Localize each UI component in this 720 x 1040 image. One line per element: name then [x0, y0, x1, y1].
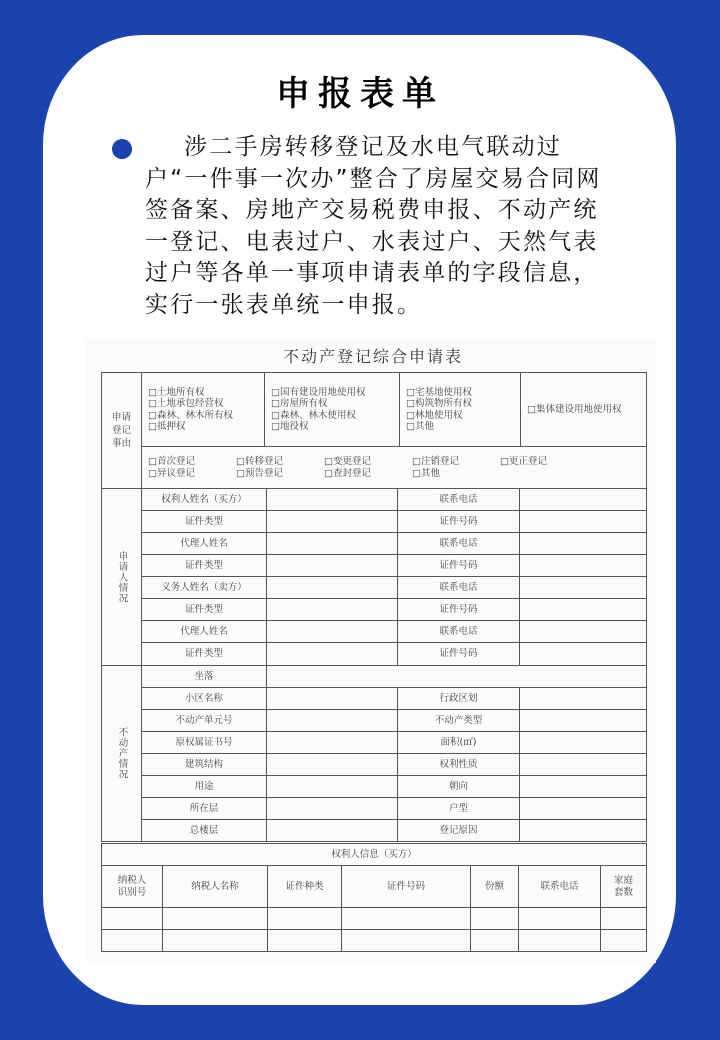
field-input[interactable]: [520, 754, 647, 776]
table-cell[interactable]: [342, 930, 471, 952]
rights-options-col-3: □宅基地使用权 □构筑物所有权 □林地使用权 □其他: [400, 373, 521, 447]
field-input[interactable]: [520, 798, 647, 820]
option-checkbox[interactable]: □森林、林木使用权: [271, 410, 399, 422]
field-label: 代理人姓名: [142, 533, 267, 555]
applicant-section-label: 申请人情况: [102, 489, 142, 666]
column-header-taxpayer-name: 纳税人名称: [163, 866, 268, 908]
field-label: 面积(㎡): [398, 732, 520, 754]
field-input[interactable]: [520, 688, 647, 710]
table-cell[interactable]: [163, 908, 268, 930]
field-label: 总楼层: [142, 820, 267, 842]
field-label: 证件号码: [398, 643, 520, 666]
description-paragraph: 涉二手房转移登记及水电气联动过户“一件事一次办”整合了房屋交易合同网签备案、房地…: [145, 132, 615, 321]
rights-holder-title: 权利人信息（买方）: [102, 844, 647, 866]
field-input[interactable]: [520, 732, 647, 754]
option-checkbox[interactable]: □预告登记: [236, 468, 324, 480]
table-cell[interactable]: [268, 930, 342, 952]
field-input[interactable]: [520, 621, 647, 643]
field-input[interactable]: [267, 732, 398, 754]
option-checkbox[interactable]: □其他: [412, 468, 500, 480]
field-input[interactable]: [267, 688, 398, 710]
column-header-share: 份额: [471, 866, 519, 908]
field-input[interactable]: [267, 754, 398, 776]
table-cell[interactable]: [471, 908, 519, 930]
field-input[interactable]: [520, 489, 647, 511]
field-input[interactable]: [520, 555, 647, 577]
page-title: 申报表单: [0, 73, 720, 115]
field-input[interactable]: [267, 555, 398, 577]
field-label: 户型: [398, 798, 520, 820]
field-input[interactable]: [267, 489, 398, 511]
option-checkbox[interactable]: □查封登记: [324, 468, 412, 480]
option-checkbox[interactable]: □宅基地使用权: [406, 387, 520, 399]
field-input[interactable]: [520, 533, 647, 555]
option-checkbox[interactable]: □其他: [406, 421, 520, 433]
field-input[interactable]: [267, 798, 398, 820]
option-checkbox[interactable]: □首次登记: [148, 456, 236, 468]
option-checkbox[interactable]: □集体建设用地使用权: [527, 404, 646, 416]
field-input[interactable]: [520, 511, 647, 533]
rights-options-col-1: □土地所有权 □土地承包经营权 □森林、林木所有权 □抵押权: [142, 373, 265, 447]
column-header-id-number: 证件号码: [342, 866, 471, 908]
option-checkbox[interactable]: □林地使用权: [406, 410, 520, 422]
table-cell[interactable]: [102, 930, 163, 952]
field-label: 行政区划: [398, 688, 520, 710]
field-label: 证件类型: [142, 599, 267, 621]
field-label: 所在层: [142, 798, 267, 820]
field-label: 证件类型: [142, 511, 267, 533]
rights-options-col-2: □国有建设用地使用权 □房屋所有权 □森林、林木使用权 □地役权: [265, 373, 400, 447]
option-checkbox[interactable]: □土地承包经营权: [148, 398, 264, 410]
column-header-household-count: 家庭套数: [601, 866, 647, 908]
field-label: 小区名称: [142, 688, 267, 710]
field-input[interactable]: [267, 820, 398, 842]
table-cell[interactable]: [471, 930, 519, 952]
field-input[interactable]: [520, 643, 647, 666]
table-cell[interactable]: [519, 908, 601, 930]
field-label: 证件号码: [398, 511, 520, 533]
field-label: 坐落: [142, 666, 267, 688]
option-checkbox[interactable]: □转移登记: [236, 456, 324, 468]
field-input[interactable]: [267, 533, 398, 555]
column-header-taxpayer-id: 纳税人识别号: [102, 866, 163, 908]
field-input[interactable]: [520, 710, 647, 732]
field-label: 义务人姓名（卖方）: [142, 577, 267, 599]
table-cell[interactable]: [342, 908, 471, 930]
option-checkbox[interactable]: □土地所有权: [148, 387, 264, 399]
field-label: 代理人姓名: [142, 621, 267, 643]
field-label: 证件号码: [398, 599, 520, 621]
table-row: [102, 930, 647, 952]
field-label: 不动产类型: [398, 710, 520, 732]
table-cell[interactable]: [163, 930, 268, 952]
field-input[interactable]: [520, 820, 647, 842]
bullet-dot-icon: [112, 139, 132, 159]
field-label: 证件号码: [398, 555, 520, 577]
field-label: 原权属证书号: [142, 732, 267, 754]
option-checkbox[interactable]: □抵押权: [148, 421, 264, 433]
property-section-label: 不动产情况: [102, 666, 142, 842]
form-title: 不动产登记综合申请表: [101, 344, 645, 367]
option-checkbox[interactable]: □房屋所有权: [271, 398, 399, 410]
field-label: 证件类型: [142, 555, 267, 577]
option-checkbox[interactable]: □更正登记: [500, 456, 588, 468]
field-label: 权利人姓名（买方）: [142, 489, 267, 511]
option-checkbox[interactable]: □构筑物所有权: [406, 398, 520, 410]
field-label: 用途: [142, 776, 267, 798]
field-label: 朝向: [398, 776, 520, 798]
column-header-phone: 联系电话: [519, 866, 601, 908]
option-checkbox[interactable]: □地役权: [271, 421, 399, 433]
field-label: 建筑结构: [142, 754, 267, 776]
field-input[interactable]: [267, 599, 398, 621]
registration-matter-table: 申请登记事由 □土地所有权 □土地承包经营权 □森林、林木所有权 □抵押权 □国…: [101, 372, 647, 489]
registration-types: □首次登记 □转移登记 □变更登记 □注销登记 □更正登记 □异议登记 □预告登…: [142, 447, 647, 489]
table-cell[interactable]: [268, 908, 342, 930]
field-label: 联系电话: [398, 621, 520, 643]
field-label: 证件类型: [142, 643, 267, 666]
table-cell[interactable]: [601, 930, 647, 952]
option-checkbox[interactable]: □国有建设用地使用权: [271, 387, 399, 399]
option-checkbox[interactable]: □变更登记: [324, 456, 412, 468]
applicant-property-table: 申请人情况 权利人姓名（买方） 联系电话 证件类型 证件号码 代理人姓名 联系电…: [101, 488, 647, 842]
column-header-id-type: 证件种类: [268, 866, 342, 908]
option-checkbox[interactable]: □注销登记: [412, 456, 500, 468]
field-input[interactable]: [520, 599, 647, 621]
field-input[interactable]: [267, 511, 398, 533]
table-row: [102, 908, 647, 930]
field-input[interactable]: [520, 776, 647, 798]
field-label: 联系电话: [398, 577, 520, 599]
field-label: 登记原因: [398, 820, 520, 842]
field-input[interactable]: [267, 643, 398, 666]
rights-options-col-4: □集体建设用地使用权: [521, 373, 647, 447]
field-input[interactable]: [267, 710, 398, 732]
option-checkbox[interactable]: □森林、林木所有权: [148, 410, 264, 422]
field-label: 不动产单元号: [142, 710, 267, 732]
field-label: 权利性质: [398, 754, 520, 776]
field-input[interactable]: [267, 577, 398, 599]
field-input[interactable]: [520, 577, 647, 599]
field-label: 联系电话: [398, 489, 520, 511]
field-input[interactable]: [267, 621, 398, 643]
table-cell[interactable]: [102, 908, 163, 930]
location-input[interactable]: [267, 666, 647, 688]
table-cell[interactable]: [601, 908, 647, 930]
rights-holder-table: 权利人信息（买方） 纳税人识别号 纳税人名称 证件种类 证件号码 份额 联系电话…: [101, 843, 647, 952]
registration-matter-label: 申请登记事由: [102, 373, 142, 489]
field-input[interactable]: [267, 776, 398, 798]
table-cell[interactable]: [519, 930, 601, 952]
option-checkbox[interactable]: □异议登记: [148, 468, 236, 480]
field-label: 联系电话: [398, 533, 520, 555]
